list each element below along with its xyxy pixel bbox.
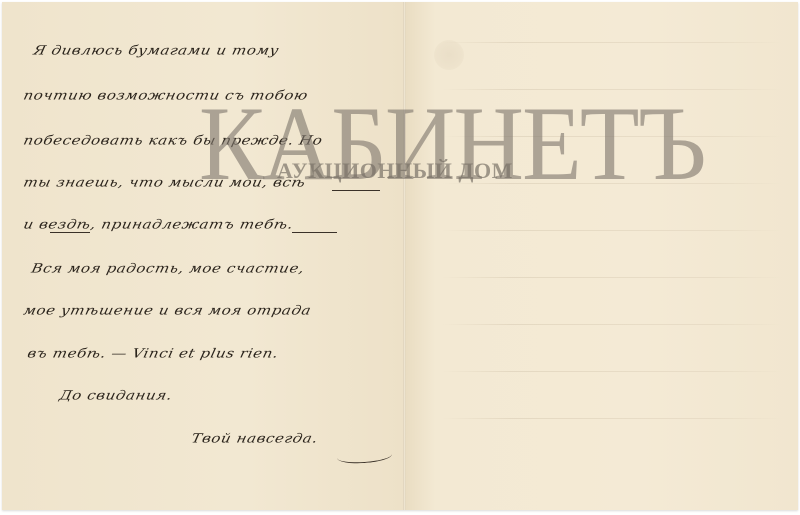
letter-line-9: До свидания. (58, 388, 174, 403)
letter-line-6: Вся моя радость, мое счастие, (30, 261, 306, 276)
underline-mark (50, 232, 90, 233)
page-fold (403, 2, 406, 510)
bleed-through-line (442, 324, 782, 325)
bleed-through-line (442, 277, 782, 278)
letter-line-8: въ тебѣ. — Vinci et plus rien. (26, 346, 280, 361)
letter-line-1: Я дивлюсь бумагами и тому (32, 43, 281, 58)
underline-mark (332, 190, 380, 191)
bleed-through-line (442, 42, 782, 43)
bleed-through-line (442, 371, 782, 372)
bleed-through-line (442, 230, 782, 231)
bleed-through-lines (442, 42, 782, 482)
letter-line-4: ты знаешь, что мысли мои, всѣ (22, 175, 307, 190)
letter-line-2: почтию возможности съ тобою (22, 88, 310, 103)
bleed-through-line (442, 418, 782, 419)
underline-mark (292, 232, 337, 233)
letter-signature: Твой навсегда. (190, 431, 319, 446)
bleed-through-line (442, 136, 782, 137)
letter-line-7: мое утѣшение и вся моя отрада (22, 303, 313, 318)
letter-line-3: побеседовать какъ бы прежде. Но (22, 133, 324, 148)
bleed-through-line (442, 89, 782, 90)
letter-sheet: Я дивлюсь бумагами и тому почтию возможн… (2, 2, 798, 510)
letter-line-5: и вездѣ, принадлежатъ тебѣ. (22, 217, 295, 232)
bleed-through-line (442, 183, 782, 184)
